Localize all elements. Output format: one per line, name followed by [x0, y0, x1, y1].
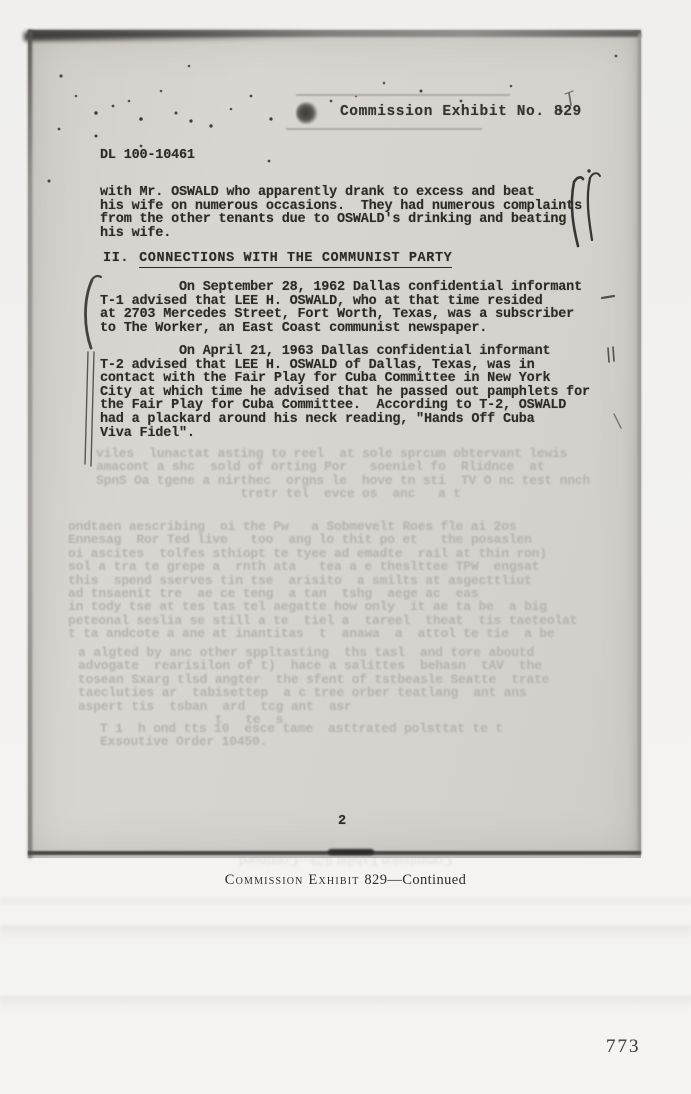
folio-page-number: 773	[606, 1036, 641, 1058]
section-number: II.	[103, 251, 129, 266]
stamp-corner-tick	[565, 91, 573, 105]
bleedthrough-text-block: ondtaen aescribing oi the Pw a Sobmevelt…	[68, 520, 577, 641]
page-left-edge-shadow	[28, 30, 32, 858]
section-heading: II.CONNECTIONS WITH THE COMMUNIST PARTY	[103, 252, 452, 266]
document-page: Commission Exhibit No. 829 DL 100-10461 …	[28, 30, 641, 858]
exhibit-stamp: Commission Exhibit No. 829	[340, 106, 582, 120]
exhibit-caption: Commission Exhibit 829—Continued	[0, 872, 691, 889]
paragraph-oswald-drinking: with Mr. OSWALD who apparently drank to …	[100, 186, 582, 240]
pencil-double-line-left-of-t2	[85, 352, 94, 466]
stamp-box-line	[286, 128, 482, 130]
bleedthrough-caption: Commission Exhibit 829—Continued	[0, 852, 691, 868]
stamp-box-line	[296, 94, 510, 96]
paper-speckles	[28, 30, 30, 32]
page-right-edge-shadow	[638, 34, 641, 854]
bleedthrough-text-block: T 1 h ond tts 10 esce tame asttrated pol…	[100, 722, 503, 749]
caption-title: Commission Exhibit	[225, 872, 365, 888]
bleedthrough-text-block: a algted by anc other sppltasting ths ta…	[78, 646, 549, 726]
scanned-exhibit-photograph: Commission Exhibit No. 829 DL 100-10461 …	[0, 0, 691, 1094]
pencil-bracket-left-of-t1	[86, 276, 102, 348]
file-number: DL 100-10461	[100, 149, 195, 163]
ink-smudge	[296, 102, 318, 124]
paragraph-informant-t2: On April 21, 1963 Dallas confidential in…	[100, 345, 590, 440]
caption-suffix: 829—Continued	[364, 872, 466, 888]
scan-noise-band	[0, 925, 691, 945]
scan-noise-band	[0, 996, 691, 1012]
paragraph-informant-t1: On September 28, 1962 Dallas confidentia…	[100, 281, 582, 335]
bleedthrough-text-block: viles lunactat asting to reel at sole sp…	[96, 447, 590, 501]
pencil-tick-right-of-t2	[608, 347, 621, 428]
scan-noise-band	[0, 898, 691, 904]
section-title: CONNECTIONS WITH THE COMMUNIST PARTY	[139, 251, 452, 268]
page-top-edge-shadow	[24, 30, 324, 41]
page-number: 2	[338, 815, 346, 829]
pencil-dash-right-of-t1	[602, 296, 614, 298]
